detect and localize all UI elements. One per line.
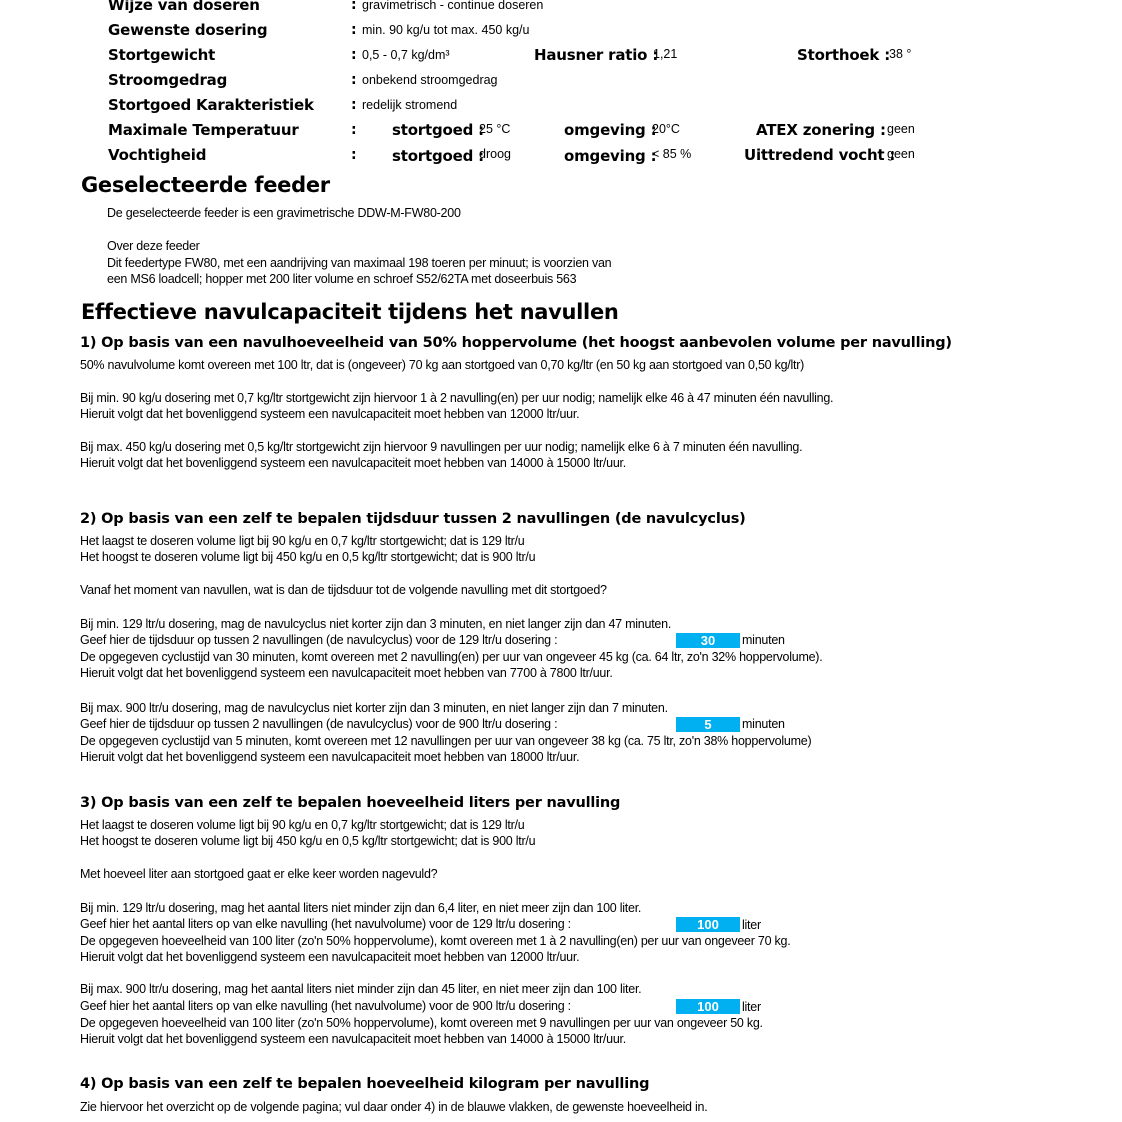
label-stortgewicht: Stortgewicht [108,46,215,64]
s3-max-liter-input[interactable]: 100 [676,999,740,1014]
s3-min-line4: Hieruit volgt dat het bovenliggend syste… [80,950,579,964]
s2-low: Het laagst te doseren volume ligt bij 90… [80,534,524,548]
s1-intro: 50% navulvolume komt overeen met 100 ltr… [80,358,804,372]
s1-min-line2: Hieruit volgt dat het bovenliggend syste… [80,407,579,421]
label-karakteristiek: Stortgoed Karakteristiek [108,96,314,114]
label-dosering: Gewenste dosering [108,21,267,39]
label-storthoek: Storthoek : [797,46,890,64]
capacity-title: Effectieve navulcapaciteit tijdens het n… [81,300,619,324]
value-vocht-stortgoed: droog [479,147,511,161]
value-karakteristiek: redelijk stromend [362,98,457,112]
label-wijze: Wijze van doseren [108,0,260,14]
colon: : [351,97,357,113]
value-wijze: gravimetrisch - continue doseren [362,0,543,12]
s3-min-line3: De opgegeven hoeveelheid van 100 liter (… [80,934,790,948]
s2-min-cycle-input[interactable]: 30 [676,633,740,648]
s2-high: Het hoogst te doseren volume ligt bij 45… [80,550,535,564]
s2-min-prompt: Geef hier de tijdsduur op tussen 2 navul… [80,633,557,647]
colon: : [351,47,357,63]
label-stroomgedrag: Stroomgedrag [108,71,227,89]
label-hausner: Hausner ratio : [534,46,658,64]
s3-low: Het laagst te doseren volume ligt bij 90… [80,818,524,832]
label-atex: ATEX zonering : [756,121,886,139]
s3-max-unit: liter [742,1000,761,1014]
s3-min-prompt: Geef hier het aantal liters op van elke … [80,917,571,931]
value-temp-omgeving: 20°C [652,122,680,136]
s3-max-prompt: Geef hier het aantal liters op van elke … [80,999,571,1013]
s1-min-line1: Bij min. 90 kg/u dosering met 0,7 kg/ltr… [80,391,833,405]
colon: : [351,147,357,163]
feeder-over-line2: een MS6 loadcell; hopper met 200 liter v… [107,272,576,286]
s2-max-prompt: Geef hier de tijdsduur op tussen 2 navul… [80,717,557,731]
feeder-over-title: Over deze feeder [107,239,200,253]
s3-title: 3) Op basis van een zelf te bepalen hoev… [80,795,620,811]
s3-max-line1: Bij max. 900 ltr/u dosering, mag het aan… [80,982,641,996]
feeder-over-line1: Dit feedertype FW80, met een aandrijving… [107,256,611,270]
label-uittredend: Uittredend vocht : [744,146,895,164]
s3-high: Het hoogst te doseren volume ligt bij 45… [80,834,535,848]
s4-title: 4) Op basis van een zelf te bepalen hoev… [80,1076,649,1092]
s2-max-unit: minuten [742,717,785,731]
value-vocht-omgeving: < 85 % [652,147,691,161]
s2-min-unit: minuten [742,633,785,647]
value-uittredend: geen [887,147,915,161]
colon: : [351,0,357,13]
s2-title: 2) Op basis van een zelf te bepalen tijd… [80,511,746,527]
s3-max-line4: Hieruit volgt dat het bovenliggend syste… [80,1032,626,1046]
s2-min-line4: Hieruit volgt dat het bovenliggend syste… [80,666,613,680]
value-storthoek: 38 ° [889,47,911,61]
value-hausner: 1,21 [653,47,677,61]
s3-min-unit: liter [742,918,761,932]
s2-min-line1: Bij min. 129 ltr/u dosering, mag de navu… [80,617,671,631]
colon: : [351,72,357,88]
label-vochtigheid: Vochtigheid [108,146,206,164]
s1-max-line1: Bij max. 450 kg/u dosering met 0,5 kg/lt… [80,440,802,454]
s3-max-line3: De opgegeven hoeveelheid van 100 liter (… [80,1016,763,1030]
colon: : [351,122,357,138]
label-temp-omgeving: omgeving : [564,121,656,139]
value-dosering: min. 90 kg/u tot max. 450 kg/u [362,23,529,37]
s3-min-liter-input[interactable]: 100 [676,917,740,932]
s3-question: Met hoeveel liter aan stortgoed gaat er … [80,867,437,881]
s1-max-line2: Hieruit volgt dat het bovenliggend syste… [80,456,626,470]
colon: : [351,22,357,38]
feeder-line1: De geselecteerde feeder is een gravimetr… [107,206,461,220]
label-vocht-omgeving: omgeving : [564,147,656,165]
s2-max-cycle-input[interactable]: 5 [676,717,740,732]
value-atex: geen [887,122,915,136]
feeder-title: Geselecteerde feeder [81,173,330,197]
s4-line1: Zie hiervoor het overzicht op de volgend… [80,1100,707,1114]
s2-min-line3: De opgegeven cyclustijd van 30 minuten, … [80,650,822,664]
value-stortgewicht: 0,5 - 0,7 kg/dm³ [362,48,450,62]
s2-max-line1: Bij max. 900 ltr/u dosering, mag de navu… [80,701,668,715]
s1-title: 1) Op basis van een navulhoeveelheid van… [80,335,952,351]
s2-max-line3: De opgegeven cyclustijd van 5 minuten, k… [80,734,811,748]
value-stroomgedrag: onbekend stroomgedrag [362,73,498,87]
label-vocht-stortgoed: stortgoed : [392,147,484,165]
value-temp-stortgoed: 25 °C [479,122,510,136]
s2-question: Vanaf het moment van navullen, wat is da… [80,583,607,597]
label-temp-stortgoed: stortgoed : [392,121,484,139]
s2-max-line4: Hieruit volgt dat het bovenliggend syste… [80,750,579,764]
s3-min-line1: Bij min. 129 ltr/u dosering, mag het aan… [80,901,641,915]
label-temperatuur: Maximale Temperatuur [108,121,299,139]
